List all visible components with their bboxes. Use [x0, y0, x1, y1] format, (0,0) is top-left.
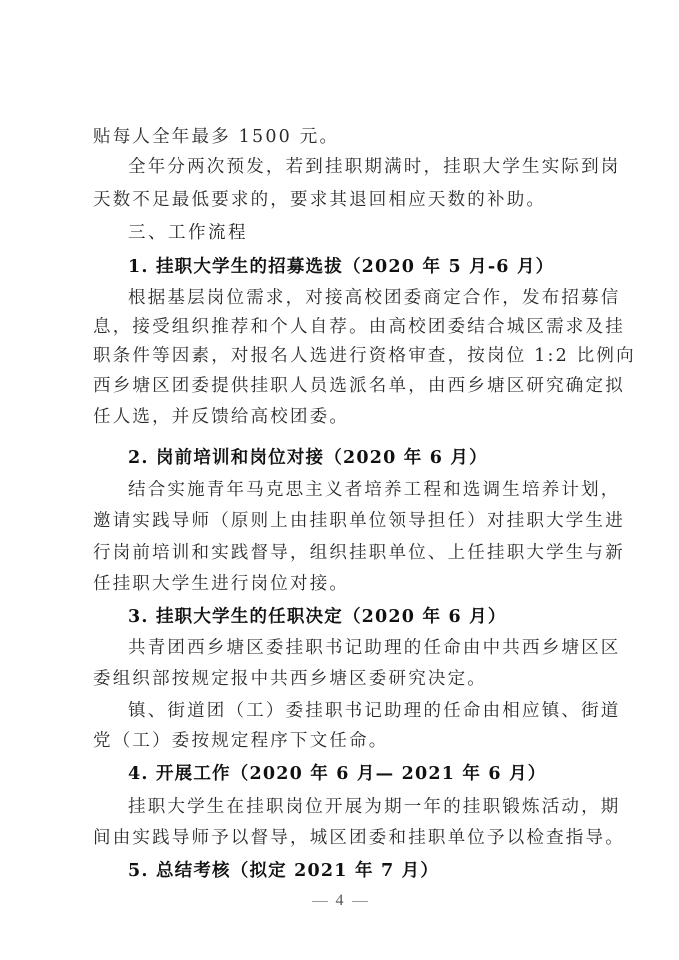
- body-text-line: 间由实践导师予以督导，城区团委和挂职单位予以检查指导。: [93, 827, 585, 849]
- body-text-line: 行岗前培训和实践督导，组织挂职单位、上任挂职大学生与新: [93, 542, 585, 564]
- subsection-heading: 4. 开展工作（2020 年 6 月— 2021 年 6 月）: [93, 763, 585, 785]
- subsection-heading: 1. 挂职大学生的招募选拔（2020 年 5 月-6 月）: [93, 256, 585, 278]
- body-text-line: 结合实施青年马克思主义者培养工程和选调生培养计划，: [93, 479, 585, 501]
- body-text-line: 职条件等因素，对报名人选进行资格审查，按岗位 1:2 比例向: [93, 345, 585, 367]
- body-text-line: 镇、街道团（工）委挂职书记助理的任命由相应镇、街道: [93, 700, 585, 722]
- page-number-footer: 4: [0, 892, 679, 910]
- subsection-heading: 3. 挂职大学生的任职决定（2020 年 6 月）: [93, 606, 585, 628]
- body-text-line: 贴每人全年最多 1500 元。: [93, 126, 585, 148]
- body-text-line: 共青团西乡塘区委挂职书记助理的任命由中共西乡塘区区: [93, 637, 585, 659]
- body-text-line: 息，接受组织推荐和个人自荐。由高校团委结合城区需求及挂: [93, 316, 585, 338]
- body-text-line: 任挂职大学生进行岗位对接。: [93, 573, 585, 595]
- body-text-line: 西乡塘区团委提供挂职人员选派名单，由西乡塘区研究确定拟: [93, 375, 585, 397]
- body-text-line: 挂职大学生在挂职岗位开展为期一年的挂职锻炼活动，期: [93, 796, 585, 818]
- body-text-line: 委组织部按规定报中共西乡塘区委研究决定。: [93, 668, 585, 690]
- body-text-line: 全年分两次预发，若到挂职期满时，挂职大学生实际到岗: [93, 156, 585, 178]
- page-number: 4: [336, 892, 344, 909]
- dash-left: [312, 901, 328, 902]
- body-text-line: 党（工）委按规定程序下文任命。: [93, 730, 585, 752]
- body-text-line: 天数不足最低要求的，要求其退回相应天数的补助。: [93, 189, 585, 211]
- subsection-heading: 2. 岗前培训和岗位对接（2020 年 6 月）: [93, 447, 585, 469]
- body-text-line: 根据基层岗位需求，对接高校团委商定合作，发布招募信: [93, 287, 585, 309]
- document-page: 贴每人全年最多 1500 元。 全年分两次预发，若到挂职期满时，挂职大学生实际到…: [0, 0, 679, 960]
- subsection-heading: 5. 总结考核（拟定 2021 年 7 月）: [93, 860, 585, 882]
- body-text-line: 邀请实践导师（原则上由挂职单位领导担任）对挂职大学生进: [93, 510, 585, 532]
- dash-right: [352, 901, 368, 902]
- section-heading: 三、工作流程: [93, 222, 585, 244]
- body-text-line: 任人选，并反馈给高校团委。: [93, 406, 585, 428]
